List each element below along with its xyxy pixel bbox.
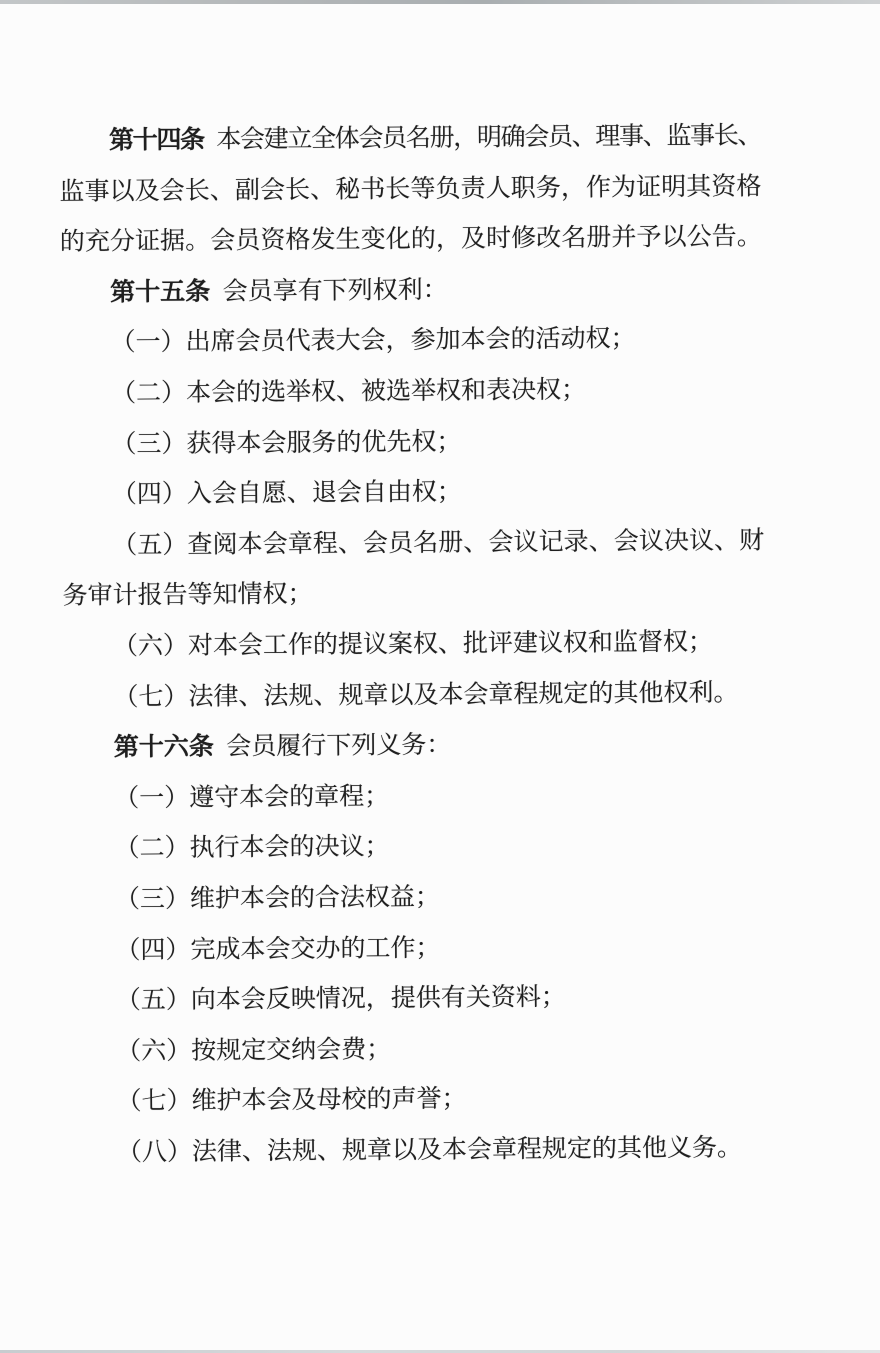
line-text: （二）执行本会的决议； [114, 834, 389, 863]
line-text: 会员享有下列权利： [223, 277, 448, 306]
text-line: 务审计报告等知情权； [62, 567, 764, 623]
line-text: 务审计报告等知情权； [63, 581, 313, 610]
line-text: （一）出席会员代表大会，参加本会的活动权； [111, 326, 636, 357]
article-number: 第十六条 [114, 734, 214, 762]
article-heading-line: 第十五条会员享有下列权利： [60, 263, 762, 319]
line-text: 会员履行下列义务： [226, 732, 451, 761]
text-line: （四）完成本会交办的工作； [65, 921, 767, 977]
line-text: （八）法律、法规、规章以及本会章程规定的其他义务。 [117, 1134, 742, 1166]
line-text: （一）遵守本会的章程； [114, 783, 389, 812]
text-line: 的充分证据。会员资格发生变化的，及时修改名册并予以公告。 [60, 212, 762, 268]
text-line: （二）执行本会的决议； [64, 820, 766, 876]
text-line: （三）维护本会的合法权益； [65, 870, 767, 926]
line-text: （三）获得本会服务的优先权； [111, 428, 461, 458]
text-line: （七）维护本会及母校的声誉； [66, 1073, 768, 1129]
article-heading-line: 第十四条本会建立全体会员名册，明确会员、理事、监事长、 [59, 111, 761, 167]
article-heading-line: 第十六条会员履行下列义务： [64, 718, 766, 774]
document-body: 第十四条本会建立全体会员名册，明确会员、理事、监事长、监事以及会长、副会长、秘书… [59, 111, 769, 1179]
text-line: （七）法律、法规、规章以及本会章程规定的其他权利。 [63, 668, 765, 724]
text-line: （八）法律、法规、规章以及本会章程规定的其他义务。 [67, 1123, 769, 1179]
line-text: （三）维护本会的合法权益； [115, 884, 440, 914]
line-text: 本会建立全体会员名册，明确会员、理事、监事长、 [216, 122, 761, 153]
text-line: （一）遵守本会的章程； [64, 769, 766, 825]
article-number: 第十五条 [110, 278, 210, 306]
line-text: （七）维护本会及母校的声誉； [116, 1086, 466, 1116]
text-line: （五）查阅本会章程、会员名册、会议记录、会议决议、财 [62, 516, 764, 572]
text-line: （四）入会自愿、退会自由权； [62, 465, 764, 521]
line-text: （五）向本会反映情况，提供有关资料； [116, 984, 566, 1015]
text-line: （六）对本会工作的提议案权、批评建议权和监督权； [63, 617, 765, 673]
scanned-document-page: 第十四条本会建立全体会员名册，明确会员、理事、监事长、监事以及会长、副会长、秘书… [0, 0, 880, 1353]
line-text: （二）本会的选举权、被选举权和表决权； [111, 377, 586, 408]
text-line: （六）按规定交纳会费； [66, 1022, 768, 1078]
text-line: 监事以及会长、副会长、秘书长等负责人职务，作为证明其资格 [59, 162, 761, 218]
line-text: （四）入会自愿、退会自由权； [112, 479, 462, 509]
text-line: （五）向本会反映情况，提供有关资料； [66, 971, 768, 1027]
line-text: （六）按规定交纳会费； [116, 1036, 391, 1065]
line-text: （六）对本会工作的提议案权、批评建议权和监督权； [113, 629, 713, 661]
text-line: （二）本会的选举权、被选举权和表决权； [61, 364, 763, 420]
line-text: 监事以及会长、副会长、秘书长等负责人职务，作为证明其资格 [59, 173, 761, 206]
line-text: 的充分证据。会员资格发生变化的，及时修改名册并予以公告。 [60, 223, 762, 256]
scan-artifact-top-edge [0, 0, 880, 4]
text-line: （三）获得本会服务的优先权； [61, 415, 763, 471]
line-text: （五）查阅本会章程、会员名册、会议记录、会议决议、财 [112, 527, 764, 559]
text-line: （一）出席会员代表大会，参加本会的活动权； [60, 314, 762, 370]
line-text: （四）完成本会交办的工作； [115, 934, 440, 964]
line-text: （七）法律、法规、规章以及本会章程规定的其他权利。 [113, 679, 738, 711]
article-number: 第十四条 [109, 127, 204, 155]
